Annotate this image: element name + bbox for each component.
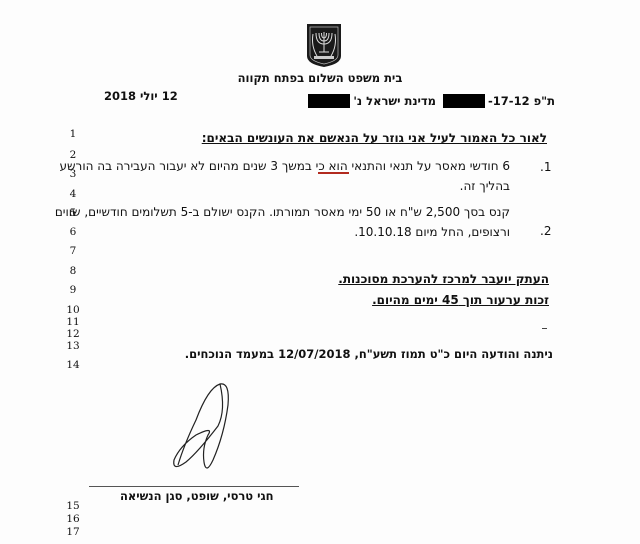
court-name: בית משפט השלום בפתח תקווה [0, 71, 640, 85]
item-number: .1 [540, 160, 551, 174]
directive-risk-assessment: העתק יועבר למרכז להערכת מסוכנות. [338, 272, 549, 286]
line-number: 14 [66, 359, 80, 371]
sentence-item-2-line-1: קנס בסך 2,500 ש"ח או 50 ימי מאסר תמורתו.… [110, 205, 510, 219]
line-number: 4 [66, 188, 80, 200]
state-emblem-icon [305, 22, 343, 68]
line-number: 13 [66, 340, 80, 352]
case-parties: מדינת ישראל נ' [353, 94, 436, 108]
directive-appeal-right: זכות ערעור תוך 45 ימים מהיום. [372, 293, 549, 307]
case-number-prefix: ת"פ 17-12- [488, 94, 555, 108]
line-number: 12 [66, 328, 80, 340]
sentence-item-2-line-2: ורצופים, החל מיום 10.10.18. [110, 225, 510, 239]
line-number: 9 [66, 284, 80, 296]
redacted-case-number [443, 94, 485, 108]
line-number: 15 [66, 500, 80, 512]
sentence-heading: לאור כל האמור לעיל אני גוזר על הנאשם את … [202, 131, 547, 145]
judge-name-title: חגי טרסי, שופט, סגן הנשיאה [120, 489, 274, 503]
line-number: 6 [66, 226, 80, 238]
line-number: 10 [66, 304, 80, 316]
line-number: 16 [66, 513, 80, 525]
signature-line [89, 486, 299, 487]
highlight-underline [318, 172, 349, 174]
line-number: 17 [66, 526, 80, 538]
document-date: 12 יולי 2018 [104, 89, 178, 103]
sentence-item-1-line-2: בהליך זה. [110, 179, 510, 193]
sentence-item-1-line-1: 6 חודשי מאסר על תנאי והתנאי הוא כי במשך … [110, 159, 510, 173]
line-number: 11 [66, 316, 80, 328]
line-number: 1 [66, 128, 80, 140]
item-number: .2 [540, 224, 551, 238]
line-number: 7 [66, 245, 80, 257]
redacted-defendant-name [308, 94, 350, 108]
issued-statement: ניתנה והודעה היום כ"ט תמוז תשע"ח, 12/07/… [185, 347, 553, 361]
signature-scribble-icon [168, 380, 238, 475]
court-document-page: בית משפט השלום בפתח תקווה 12 יולי 2018 ת… [0, 0, 640, 544]
case-header: ת"פ 17-12- מדינת ישראל נ' [308, 94, 555, 108]
stray-mark [542, 328, 547, 329]
line-number: 8 [66, 265, 80, 277]
